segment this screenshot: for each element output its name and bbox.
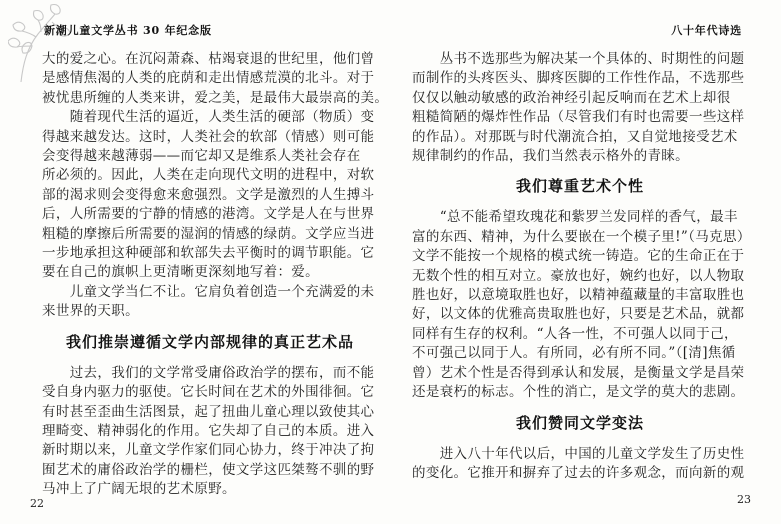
text-line: 文学不能按一个规格的模式统一铸造。它的生命正在于 xyxy=(412,247,748,266)
running-head-left: 新潮儿童文学丛书 30 年纪念版 xyxy=(44,22,212,38)
text-line: 是感情焦渴的人类的庇荫和走出情感荒漠的北斗。对于 xyxy=(42,69,378,88)
page-left: 新潮儿童文学丛书 30 年纪念版 大的爱之心。在沉闷萧森、枯竭衰退的世纪里，他们… xyxy=(0,0,390,524)
text-line: 马冲上了广阔无垠的艺术原野。 xyxy=(42,480,378,499)
text-line: 要在自己的旗帜上更清晰更深刻地写着：爱。 xyxy=(42,263,378,282)
text-line: 一步地承担这种硬部和软部失去平衡时的调节职能。它 xyxy=(42,244,378,263)
section-heading: 我们推崇遵循文学内部规律的真正艺术品 xyxy=(42,332,378,354)
text-line: 过去，我们的文学常受庸俗政治学的摆布，而不能 xyxy=(42,364,378,383)
page-number-left: 22 xyxy=(30,497,44,510)
text-line: 囿艺术的庸俗政治学的栅栏，使文学这匹桀骜不驯的野 xyxy=(42,461,378,480)
text-line: 随着现代生活的逼近，人类生活的硬部（物质）变 xyxy=(42,108,378,127)
text-line: 进入八十年代以后，中国的儿童文学发生了历史性 xyxy=(412,445,748,464)
text-line: 得越来越发达。这时，人类社会的软部（情感）则可能 xyxy=(42,128,378,147)
text-line: 不可强己以同于人。有所同，必有所不同。”（[清]焦循 xyxy=(412,344,748,363)
text-line: 新时期以来，儿童文学作家们同心协力，终于冲决了拘 xyxy=(42,441,378,460)
text-line: 仅仅以触动敏感的政治神经引起反响而在艺术上却很 xyxy=(412,89,748,108)
text-line: 丛书不选那些为解决某一个具体的、时期性的问题 xyxy=(412,50,748,69)
text-line: 儿童文学当仁不让。它肩负着创造一个充满爱的未 xyxy=(42,283,378,302)
text-line: 规律制约的作品，我们当然表示格外的青睐。 xyxy=(412,147,748,166)
text-line: 理畸变、精神弱化的作用。它失却了自己的本质。进入 xyxy=(42,422,378,441)
text-line: “总不能希望玫瑰花和紫罗兰发同样的香气，最丰 xyxy=(412,208,748,227)
text-line: 来世界的天职。 xyxy=(42,302,378,321)
text-line: 大的爱之心。在沉闷萧森、枯竭衰退的世纪里，他们曾 xyxy=(42,50,378,69)
section-heading: 我们尊重艺术个性 xyxy=(412,176,748,198)
text-line: 粗糙简陋的爆炸性作品（尽管我们有时也需要一些这样 xyxy=(412,108,748,127)
text-line: 的变化。它推开和摒弃了过去的许多观念，而向新的观 xyxy=(412,464,748,483)
page-right: 八十年代诗选 丛书不选那些为解决某一个具体的、时期性的问题而制作的头疼医头、脚疼… xyxy=(390,0,781,524)
text-line: 无数个性的相互对立。豪放也好，婉约也好，以人物取 xyxy=(412,267,748,286)
text-line: 同样有生存的权利。“人各一性，不可强人以同于己， xyxy=(412,325,748,344)
running-head-right: 八十年代诗选 xyxy=(671,22,742,38)
text-line: 曾）艺术个性是否得到承认和发展，是衡量文学是昌荣 xyxy=(412,364,748,383)
book-spread: 新潮儿童文学丛书 30 年纪念版 大的爱之心。在沉闷萧森、枯竭衰退的世纪里，他们… xyxy=(0,0,781,524)
text-line: 好，以文体的优雅高贵取胜也好，只要是艺术品，就都 xyxy=(412,305,748,324)
text-line: 被忧患所缠的人类来讲，爱之美，是最伟大最崇高的美。 xyxy=(42,89,378,108)
page-number-right: 23 xyxy=(737,493,751,506)
text-line: 粗糙的摩擦后所需要的湿润的情感的绿荫。文学应当进 xyxy=(42,225,378,244)
text-line: 后，人所需要的宁静的情感的港湾。文学是人在与世界 xyxy=(42,205,378,224)
text-line: 会变得越来越薄弱——而它却又是维系人类社会存在 xyxy=(42,147,378,166)
text-line: 受自身内驱力的驱使。它长时间在艺术的外围徘徊。它 xyxy=(42,383,378,402)
text-line: 还是衰朽的标志。个性的消亡，是文学的莫大的悲剧。 xyxy=(412,383,748,402)
text-line: 的作品）。对那既与时代潮流合拍，又自觉地接受艺术 xyxy=(412,128,748,147)
page-right-body: 丛书不选那些为解决某一个具体的、时期性的问题而制作的头疼医头、脚疼医脚的工作性作… xyxy=(412,50,748,483)
text-line: 部的渴求则会变得愈来愈强烈。文学是激烈的人生搏斗 xyxy=(42,186,378,205)
text-line: 而制作的头疼医头、脚疼医脚的工作性作品，不选那些 xyxy=(412,69,748,88)
text-line: 胜也好，以意境取胜也好，以精神蕴藏量的丰富取胜也 xyxy=(412,286,748,305)
text-line: 所必须的。因此，人类在走向现代文明的进程中，对软 xyxy=(42,166,378,185)
text-line: 富的东西、精神，为什么要嵌在一个模子里!”（马克思） xyxy=(412,228,748,247)
text-line: 有时甚至歪曲生活图景，起了扭曲儿童心理以致使其心 xyxy=(42,403,378,422)
page-left-body: 大的爱之心。在沉闷萧森、枯竭衰退的世纪里，他们曾是感情焦渴的人类的庇荫和走出情感… xyxy=(42,50,378,500)
section-heading: 我们赞同文学变法 xyxy=(412,413,748,435)
